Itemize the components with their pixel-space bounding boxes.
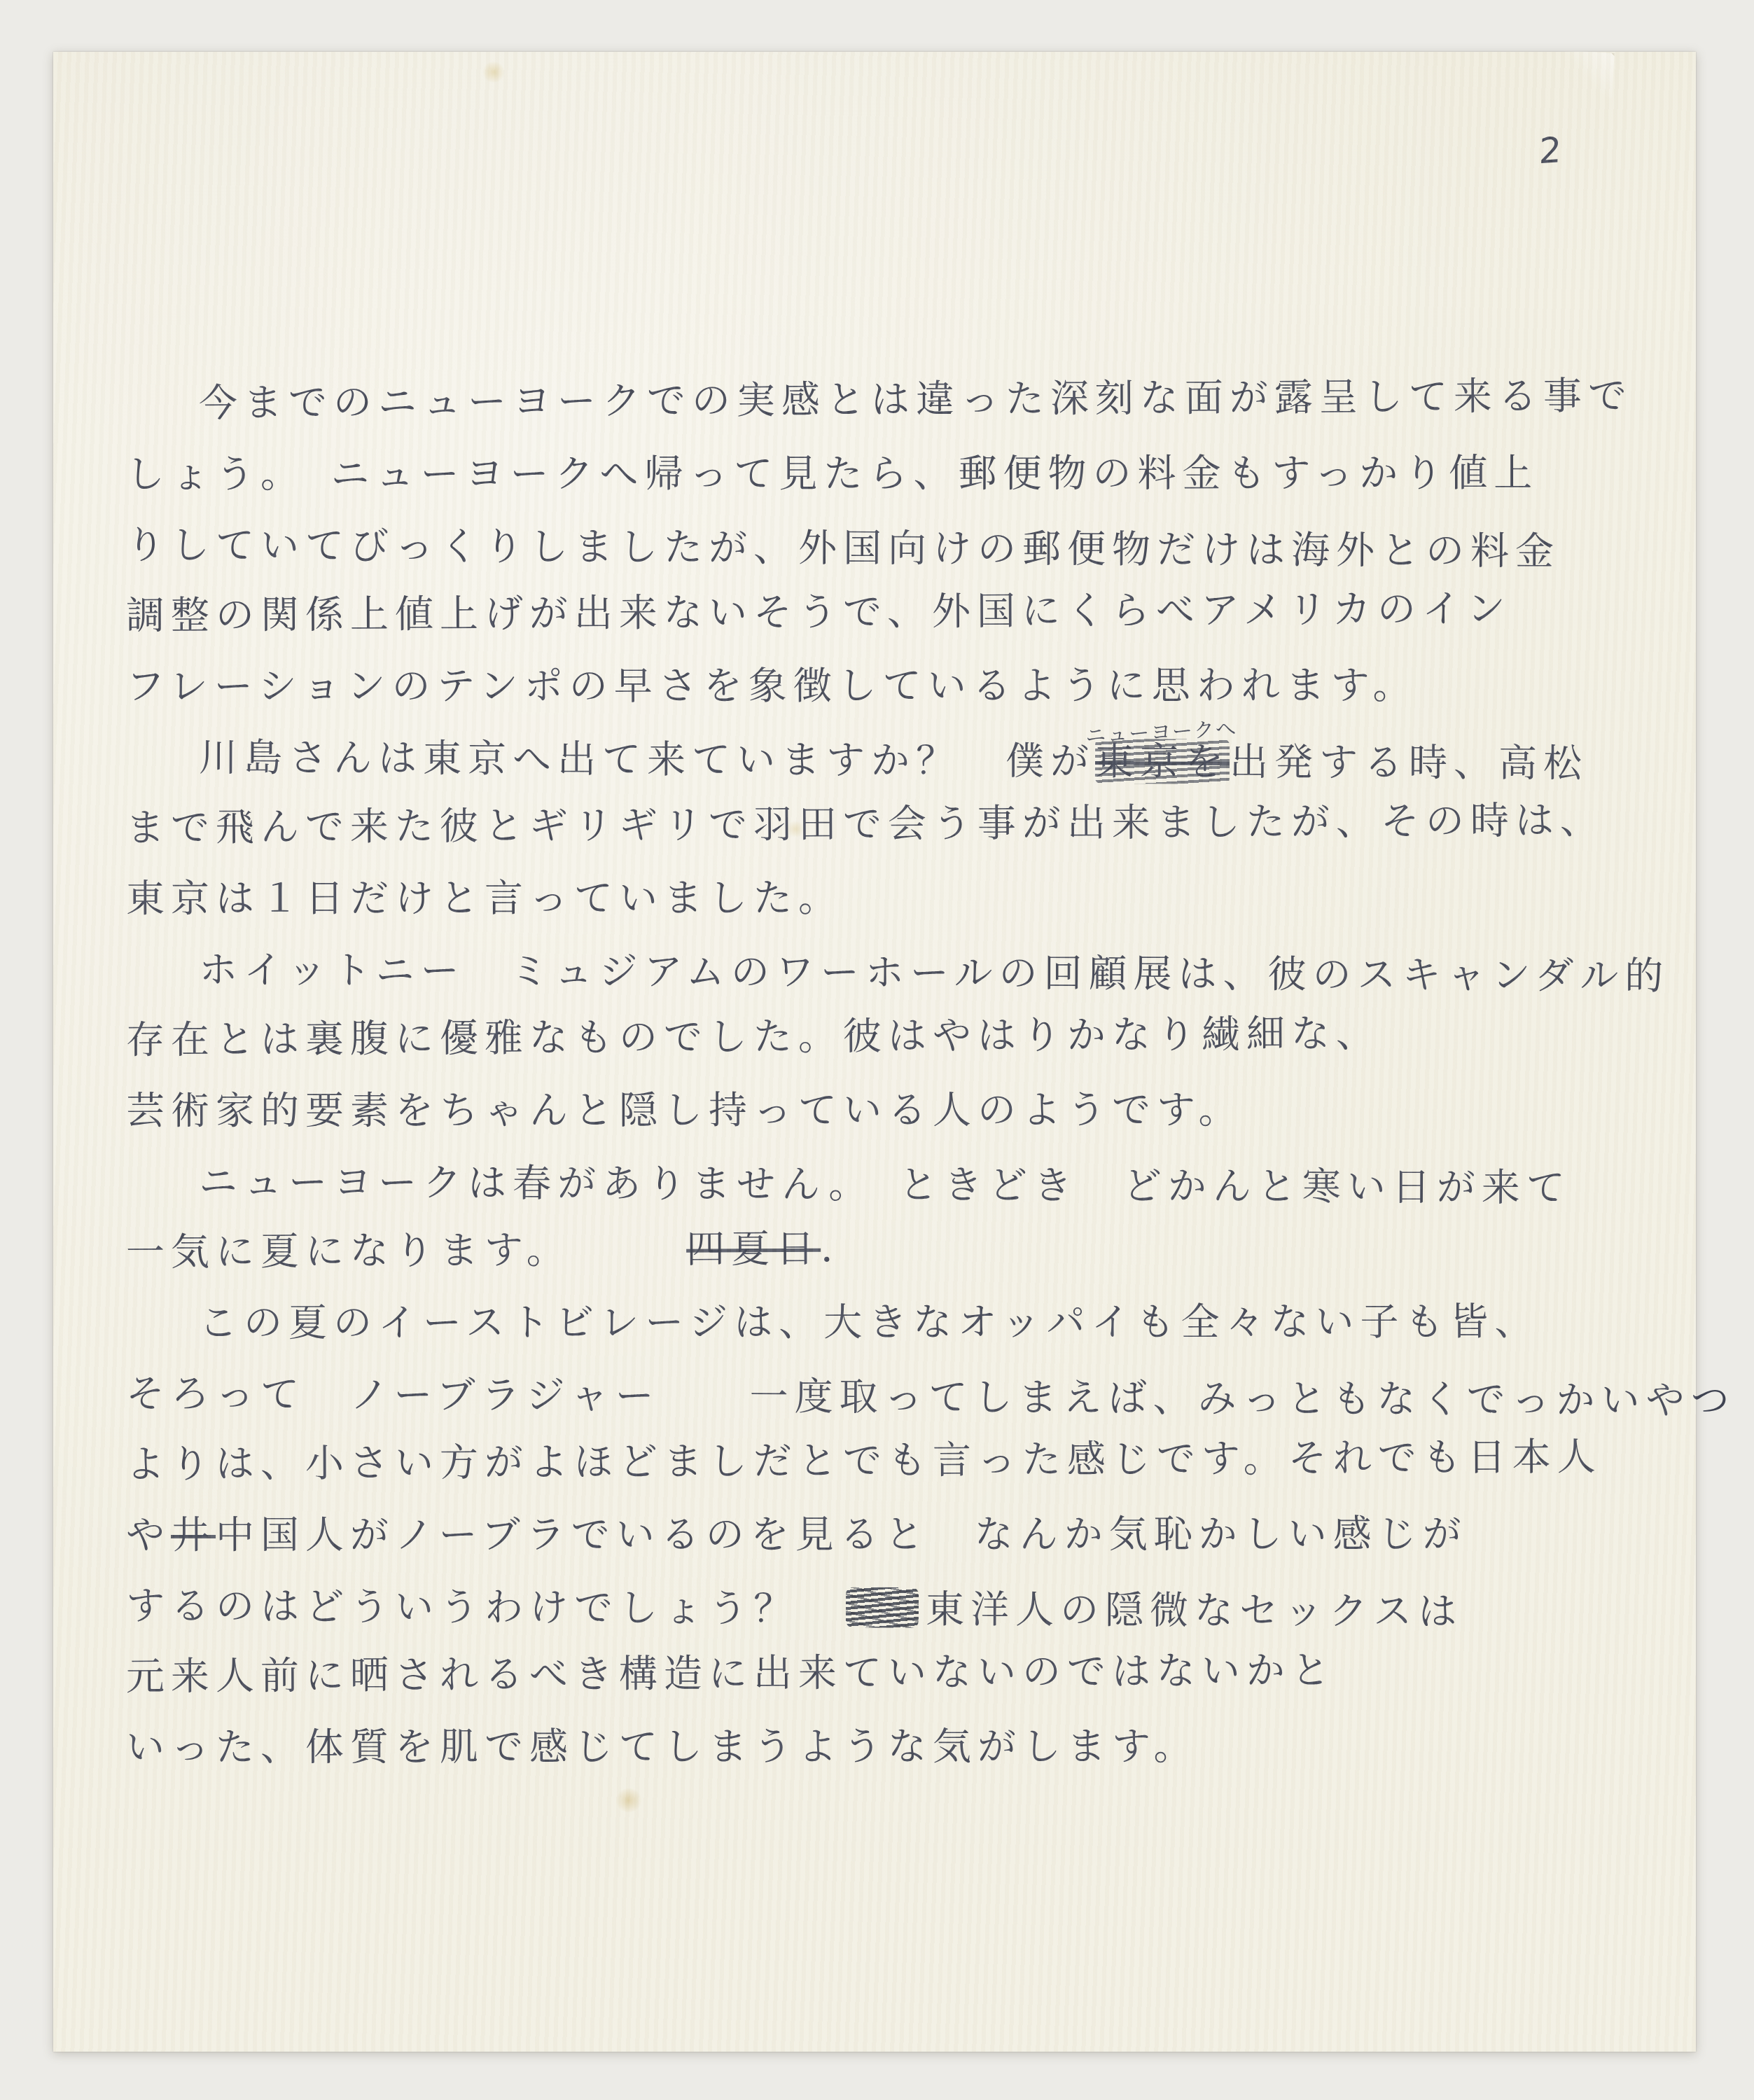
letter-text: 調整の関係上値上げが出来ないそうで、外国にくらべアメリカのイン [126,586,1512,638]
letter-line: まで飛んで来た彼とギリギリで羽田で会う事が出来ましたが、その時は、 [126,785,1629,863]
letter-line: この夏のイーストビレージは、大きなオッパイも全々ない子も皆、 [126,1286,1629,1358]
struck-text: 井 [171,1513,216,1557]
letter-line: や井中国人がノーブラでいるのを見ると なんか気恥かしい感じが [126,1498,1629,1571]
letter-text: ニューヨークは春がありません。 ときどき どかんと寒い日が来て [199,1159,1571,1210]
letter-text: ． [821,1225,865,1270]
letter-line: 芸術家的要素をちゃんと隠し持っている人のようです。 [126,1074,1629,1146]
letter-text: 一気に夏になります。 [126,1227,686,1274]
letter-line: 一気に夏になります。 四夏日． [126,1209,1629,1288]
corner-crease [1560,50,1614,98]
letter-text: するのはどういうわけでしょう？ [126,1583,843,1631]
letter-text: よりは、小さい方がよほどましだとでも言った感じです。それでも日本人 [126,1434,1602,1487]
letter-text: そろって ノーブラジャー 一度取ってしまえば、みっともなくでっかいやつ [126,1371,1736,1423]
letter-text: 出発する時、高松 [1230,739,1588,786]
letter-text: 中国人がノーブラでいるのを見ると なんか気恥かしい感じが [216,1511,1468,1557]
letter-text: しょう。 ニューヨークへ帰って見たら、郵便物の料金もすっかり値上 [126,450,1538,496]
letter-text: や [126,1513,171,1557]
letter-text: この夏のイーストビレージは、大きなオッパイも全々ない子も皆、 [199,1299,1540,1345]
letter-line: 調整の関係上値上げが出来ないそうで、外国にくらべアメリカのイン [126,573,1629,651]
letter-text: いった、体質を肌で感じてしまうような気がします。 [126,1724,1199,1769]
letter-line: フレーションのテンポの早さを象徴しているように思われます。 [126,650,1629,722]
stain [615,1788,643,1812]
letter-text: まで飛んで来た彼とギリギリで羽田で会う事が出来ましたが、その時は、 [126,798,1605,850]
letter-text: 芸術家的要素をちゃんと隠し持っている人のようです。 [126,1087,1244,1133]
scribble-blot [846,1587,919,1627]
letter-text: フレーションのテンポの早さを象徴しているように思われます。 [126,662,1418,709]
letter-line: 今までのニューヨークでの実感とは違った深刻な面が露呈して来る事で [126,361,1629,439]
letter-line: しょう。 ニューヨークへ帰って見たら、郵便物の料金もすっかり値上 [126,438,1629,510]
stain [482,62,506,83]
letter-text: 東京は１日だけと言っていました。 [126,875,843,921]
letter-text: りしていてびっくりしましたが、外国向けの郵便物だけは海外との料金 [126,522,1560,573]
letter-text: ホイットニー ミュジアムのワーホールの回顧展は、彼のスキャンダル的 [199,947,1670,998]
letter-body: 今までのニューヨークでの実感とは違った深刻な面が露呈して来る事でしょう。 ニュー… [126,368,1629,1783]
letter-line: 元来人前に晒されるべき構造に出来ていないのではないかと [126,1634,1629,1712]
letter-text: 元来人前に晒されるべき構造に出来ていないのではないかと [126,1648,1336,1699]
letter-line: よりは、小さい方がよほどましだとでも言った感じです。それでも日本人 [126,1421,1629,1500]
letter-page: 2 今までのニューヨークでの実感とは違った深刻な面が露呈して来る事でしょう。 ニ… [53,52,1696,2052]
scan-backdrop: { "document": { "page_number": "2", "col… [0,0,1754,2100]
letter-text: 存在とは裏腹に優雅なものでした。彼はやはりかなり繊細な、 [126,1011,1381,1062]
letter-text: 今までのニューヨークでの実感とは違った深刻な面が露呈して来る事で [199,373,1633,426]
struck-text: 四夏日 [686,1226,821,1272]
letter-line: いった、体質を肌で感じてしまうような気がします。 [126,1711,1629,1783]
letter-text: 川島さんは東京へ出て来ていますか？ 僕が [199,735,1095,784]
letter-line: 東京は１日だけと言っていました。 [126,862,1629,934]
letter-line: 存在とは裏腹に優雅なものでした。彼はやはりかなり繊細な、 [126,997,1629,1076]
letter-text: 東洋人の隠微なセックスは [926,1587,1463,1634]
page-number: 2 [1538,130,1562,172]
